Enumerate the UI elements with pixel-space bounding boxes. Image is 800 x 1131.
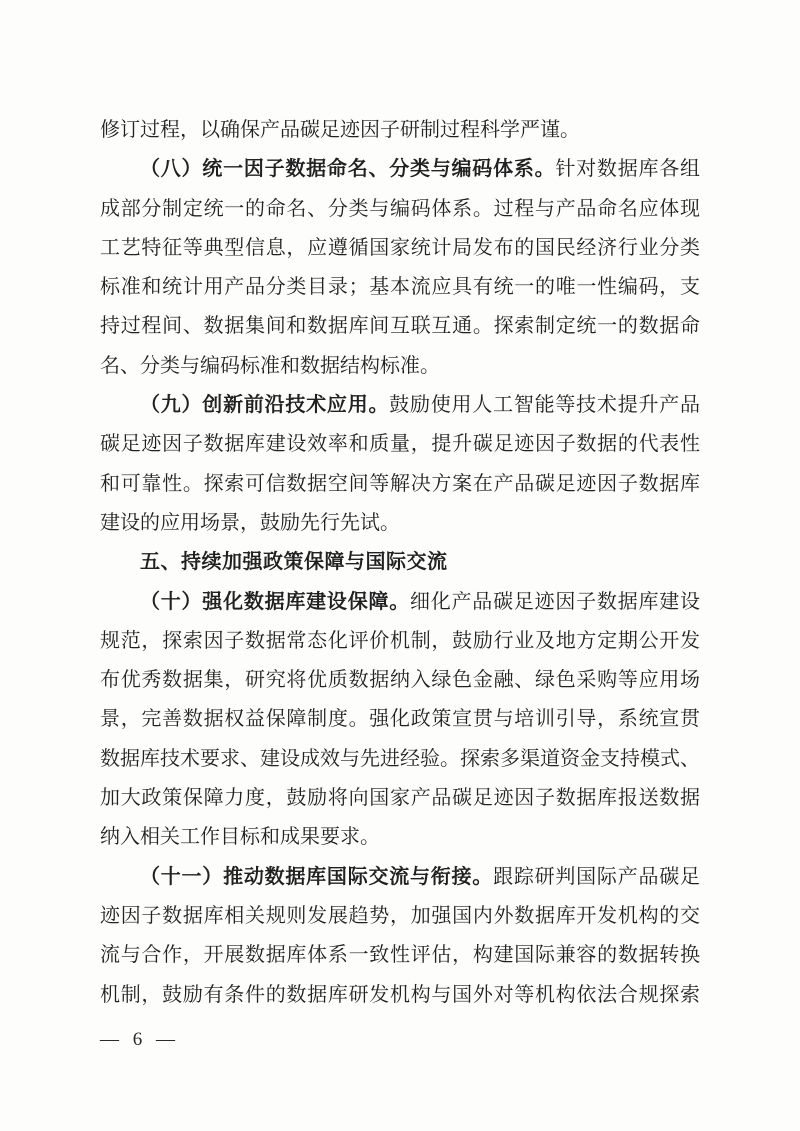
body-line: 机制，鼓励有条件的数据库研发机构与国外对等机构依法合规探索 (100, 976, 700, 1015)
clause-8-title: （八）统一因子数据命名、分类与编码体系。 (140, 158, 555, 180)
body-line: 迹因子数据库相关规则发展趋势，加强国内外数据库开发机构的交 (100, 897, 700, 936)
clause-9-title: （九）创新前沿技术应用。 (140, 394, 389, 416)
body-line: 布优秀数据集，研究将优质数据纳入绿色金融、绿色采购等应用场 (100, 661, 700, 700)
body-line: 工艺特征等典型信息，应遵循国家统计局发布的国民经济行业分类 (100, 229, 700, 268)
document-text-block: 修订过程，以确保产品碳足迹因子研制过程科学严谨。 （八）统一因子数据命名、分类与… (100, 111, 700, 1015)
clause-10-first-line: （十）强化数据库建设保障。细化产品碳足迹因子数据库建设 (100, 583, 700, 622)
clause-10-title: （十）强化数据库建设保障。 (140, 591, 410, 613)
clause-11-first-line: （十一）推动数据库国际交流与衔接。跟踪研判国际产品碳足 (100, 858, 700, 897)
document-page: 修订过程，以确保产品碳足迹因子研制过程科学严谨。 （八）统一因子数据命名、分类与… (0, 0, 800, 1131)
paragraph-last-line: 建设的应用场景，鼓励先行先试。 (100, 504, 700, 543)
body-line: 加大政策保障力度，鼓励将向国家产品碳足迹因子数据库报送数据 (100, 779, 700, 818)
paragraph-last-line: 纳入相关工作目标和成果要求。 (100, 818, 700, 857)
clause-8-first-line: （八）统一因子数据命名、分类与编码体系。针对数据库各组 (100, 150, 700, 189)
paragraph-continuation-line: 修订过程，以确保产品碳足迹因子研制过程科学严谨。 (100, 111, 700, 150)
body-line: 流与合作，开展数据库体系一致性评估，构建国际兼容的数据转换 (100, 936, 700, 975)
paragraph-last-line: 名、分类与编码标准和数据结构标准。 (100, 347, 700, 386)
page-number: — 6 — (100, 1029, 175, 1051)
body-line: 成部分制定统一的命名、分类与编码体系。过程与产品命名应体现 (100, 190, 700, 229)
body-line: 和可靠性。探索可信数据空间等解决方案在产品碳足迹因子数据库 (100, 465, 700, 504)
body-line: 标准和统计用产品分类目录；基本流应具有统一的唯一性编码，支 (100, 268, 700, 307)
body-line: 景，完善数据权益保障制度。强化政策宣贯与培训引导，系统宣贯 (100, 700, 700, 739)
chapter-5-heading: 五、持续加强政策保障与国际交流 (100, 543, 700, 582)
body-line: 规范，探索因子数据常态化评价机制，鼓励行业及地方定期公开发 (100, 622, 700, 661)
body-line: 碳足迹因子数据库建设效率和质量，提升碳足迹因子数据的代表性 (100, 425, 700, 464)
clause-9-first-line: （九）创新前沿技术应用。鼓励使用人工智能等技术提升产品 (100, 386, 700, 425)
body-line: 数据库技术要求、建设成效与先进经验。探索多渠道资金支持模式、 (100, 740, 700, 779)
clause-11-title: （十一）推动数据库国际交流与衔接。 (140, 866, 493, 888)
body-line: 持过程间、数据集间和数据库间互联互通。探索制定统一的数据命 (100, 307, 700, 346)
